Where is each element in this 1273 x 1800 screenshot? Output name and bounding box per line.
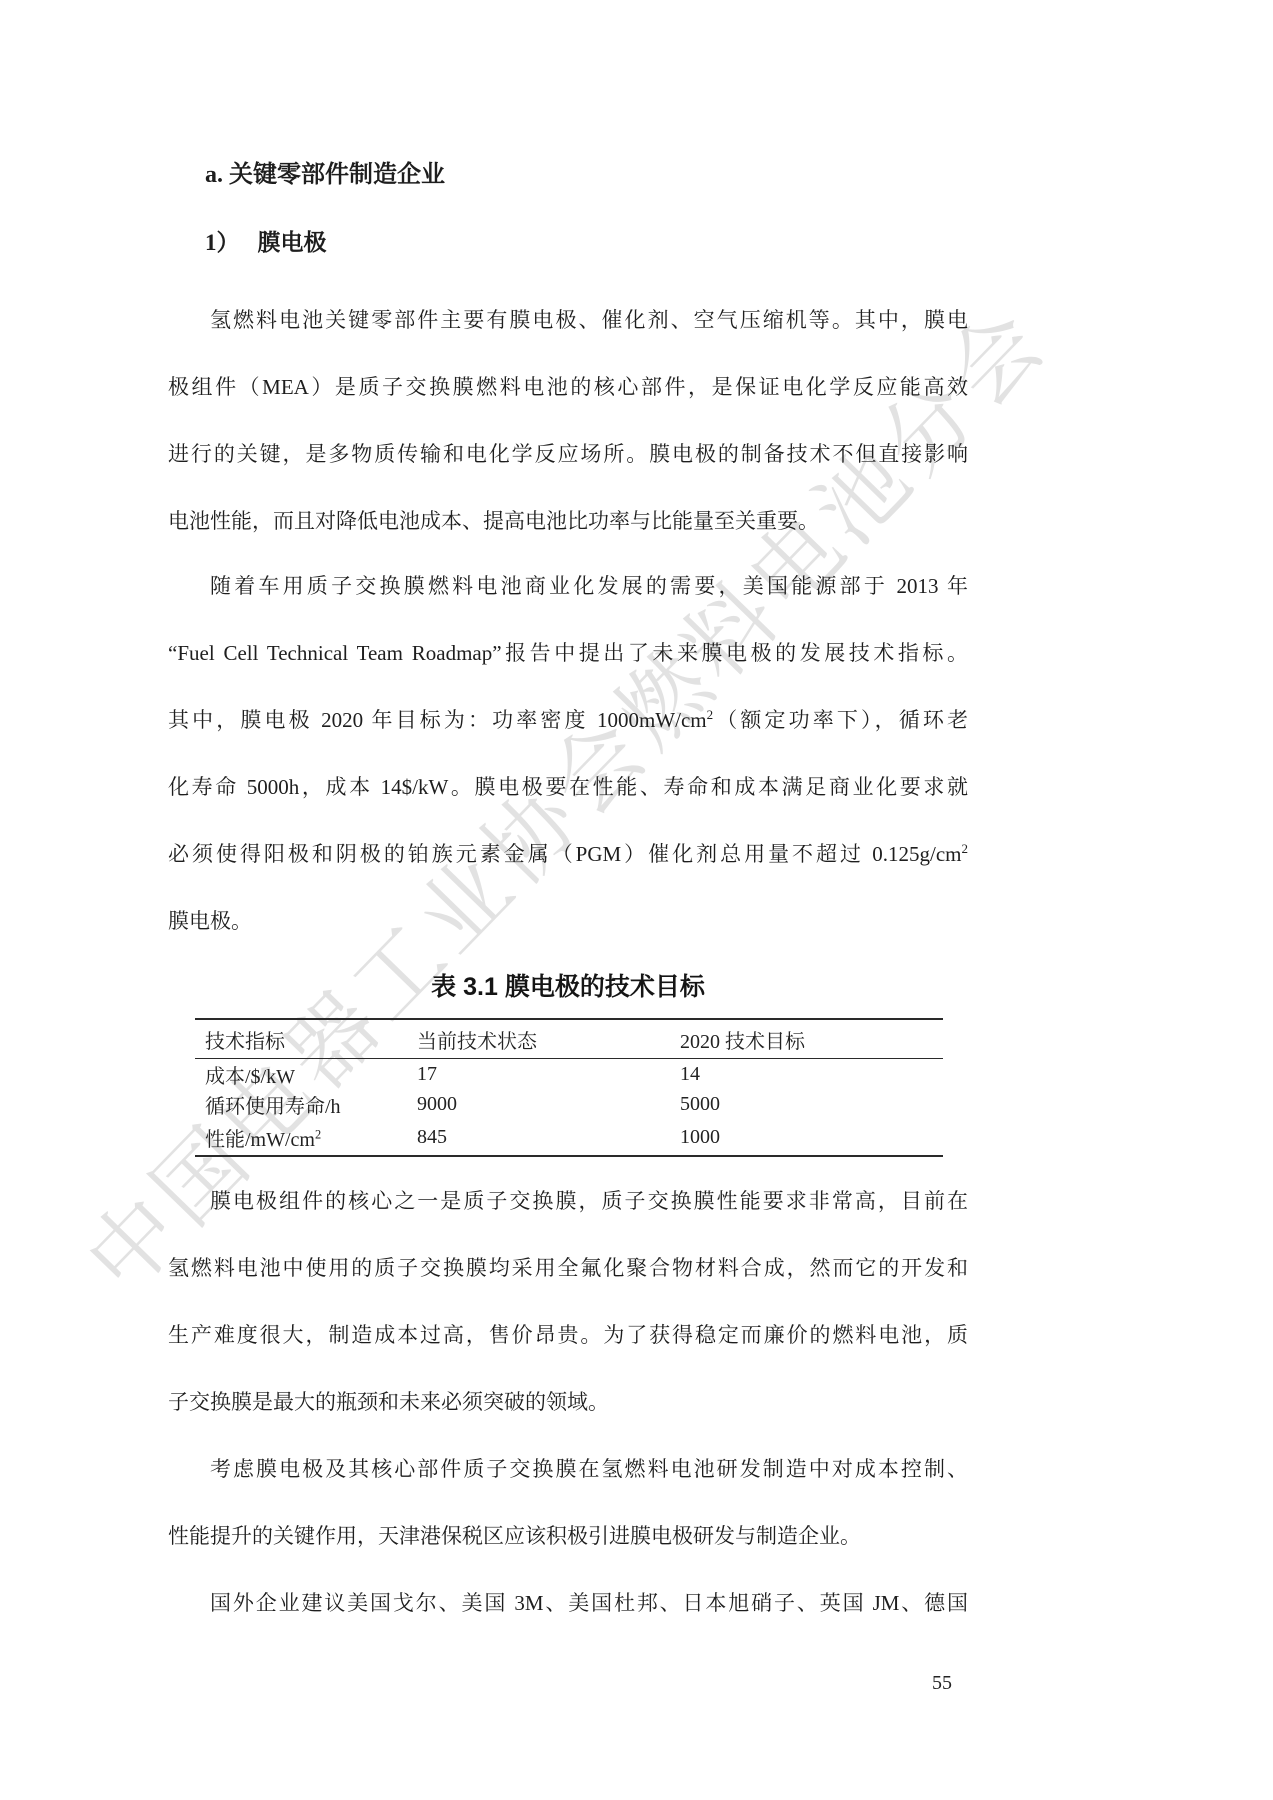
table-header-cell: 当前技术状态 [417, 1025, 680, 1054]
text-segment: 性能/mW/cm [205, 1129, 315, 1151]
document-page: 中国电器工业协会燃料电池分会 a. 关键零部件制造企业 1）膜电极 氢燃料电池关… [0, 0, 1273, 1800]
table-cell: 845 [417, 1126, 680, 1149]
table-caption: 表 3.1 膜电极的技术目标 [168, 967, 968, 1007]
text-line: 随着车用质子交换膜燃料电池商业化发展的需要，美国能源部于 2013 年 [168, 553, 968, 620]
superscript: 2 [961, 841, 968, 856]
text-line: 化寿命 5000h，成本 14$/kW。膜电极要在性能、寿命和成本满足商业化要求… [168, 754, 968, 821]
table-cell: 循环使用寿命/h [195, 1090, 417, 1119]
paragraph-2: 随着车用质子交换膜燃料电池商业化发展的需要，美国能源部于 2013 年 “Fue… [168, 553, 968, 955]
table-cell: 1000 [680, 1126, 943, 1149]
page-content: a. 关键零部件制造企业 1）膜电极 氢燃料电池关键零部件主要有膜电极、催化剂、… [0, 0, 1273, 1800]
table-cell: 5000 [680, 1093, 943, 1116]
table-header-row: 技术指标 当前技术状态 2020 技术目标 [195, 1020, 943, 1059]
table-cell: 成本/$/kW [195, 1060, 417, 1089]
text-line: 其中，膜电极 2020 年目标为：功率密度 1000mW/cm2（额定功率下），… [168, 687, 968, 754]
subsection-heading: 1）膜电极 [205, 228, 327, 258]
paragraph-4: 考虑膜电极及其核心部件质子交换膜在氢燃料电池研发制造中对成本控制、 性能提升的关… [168, 1436, 968, 1570]
text-line: 考虑膜电极及其核心部件质子交换膜在氢燃料电池研发制造中对成本控制、 [168, 1436, 968, 1503]
page-number: 55 [912, 1672, 972, 1695]
paragraph-1: 氢燃料电池关键零部件主要有膜电极、催化剂、空气压缩机等。其中，膜电 极组件（ME… [168, 287, 968, 555]
text-line: 氢燃料电池关键零部件主要有膜电极、催化剂、空气压缩机等。其中，膜电 [168, 287, 968, 354]
table-row: 性能/mW/cm2 845 1000 [195, 1119, 943, 1155]
text-line: 生产难度很大，制造成本过高，售价昂贵。为了获得稳定而廉价的燃料电池，质 [168, 1302, 968, 1369]
text-segment: 其中，膜电极 2020 年目标为：功率密度 1000mW/cm [168, 708, 707, 732]
text-line: 必须使得阳极和阴极的铂族元素金属（PGM）催化剂总用量不超过 0.125g/cm… [168, 821, 968, 888]
text-line: 电池性能，而且对降低电池成本、提高电池比功率与比能量至关重要。 [168, 488, 968, 555]
text-line: 膜电极。 [168, 888, 968, 955]
text-line: “Fuel Cell Technical Team Roadmap”报告中提出了… [168, 620, 968, 687]
table-cell: 17 [417, 1063, 680, 1086]
table-cell: 性能/mW/cm2 [195, 1123, 417, 1152]
table-row: 成本/$/kW 17 14 [195, 1059, 943, 1089]
text-line: 膜电极组件的核心之一是质子交换膜，质子交换膜性能要求非常高，目前在 [168, 1168, 968, 1235]
superscript: 2 [315, 1127, 321, 1141]
text-line: 国外企业建议美国戈尔、美国 3M、美国杜邦、日本旭硝子、英国 JM、德国 [168, 1570, 968, 1637]
table-header-cell: 2020 技术目标 [680, 1025, 943, 1054]
paragraph-5: 国外企业建议美国戈尔、美国 3M、美国杜邦、日本旭硝子、英国 JM、德国 [168, 1570, 968, 1637]
text-line: 性能提升的关键作用，天津港保税区应该积极引进膜电极研发与制造企业。 [168, 1503, 968, 1570]
subsection-title: 膜电极 [258, 230, 327, 255]
text-line: 子交换膜是最大的瓶颈和未来必须突破的领域。 [168, 1369, 968, 1436]
table-cell: 14 [680, 1063, 943, 1086]
text-line: 极组件（MEA）是质子交换膜燃料电池的核心部件，是保证电化学反应能高效 [168, 354, 968, 421]
section-heading: a. 关键零部件制造企业 [205, 160, 445, 190]
text-line: 进行的关键，是多物质传输和电化学反应场所。膜电极的制备技术不但直接影响 [168, 421, 968, 488]
paragraph-3: 膜电极组件的核心之一是质子交换膜，质子交换膜性能要求非常高，目前在 氢燃料电池中… [168, 1168, 968, 1436]
text-segment: （额定功率下），循环老 [713, 708, 968, 732]
text-segment: 必须使得阳极和阴极的铂族元素金属（PGM）催化剂总用量不超过 0.125g/cm [168, 842, 961, 866]
table-cell: 9000 [417, 1093, 680, 1116]
subsection-number: 1） [205, 230, 240, 255]
text-line: 氢燃料电池中使用的质子交换膜均采用全氟化聚合物材料合成，然而它的开发和 [168, 1235, 968, 1302]
table-header-cell: 技术指标 [195, 1025, 417, 1054]
data-table: 技术指标 当前技术状态 2020 技术目标 成本/$/kW 17 14 循环使用… [195, 1018, 943, 1157]
table-row: 循环使用寿命/h 9000 5000 [195, 1089, 943, 1119]
